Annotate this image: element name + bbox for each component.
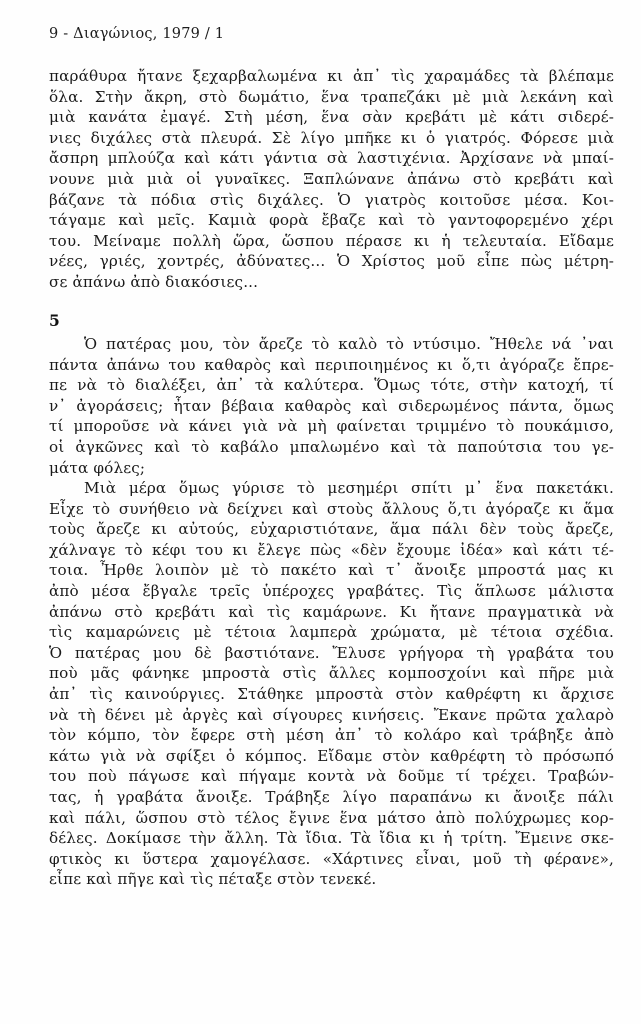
running-head: 9 - Διαγώνιος, 1979 / 1 (49, 26, 224, 42)
text-line: ὅλα. Στὴν ἄκρη, στὸ δωμάτιο, ἕνα τραπεζά… (49, 87, 614, 108)
text-line: ἀπὸ μέσα ἔβγαλε τρεῖς ὑπέροχες γραβάτες.… (49, 581, 614, 602)
text-line: πάντα ἀπάνω του καθαρὸς καὶ περιποιημένο… (49, 355, 614, 376)
text-line: Μιὰ μέρα ὅμως γύρισε τὸ μεσημέρι σπίτι μ… (49, 478, 614, 499)
text-line: οἱ ἀγκῶνες καὶ τὸ καβάλο μπαλωμένο καὶ τ… (49, 437, 614, 458)
text-line: νὰ τὴ δένει μὲ ἀργὲς καὶ σίγουρες κινήσε… (49, 705, 614, 726)
text-line: ἀπάνω στὸ κρεβάτι καὶ τὶς καμάρωνε. Κι ἤ… (49, 602, 614, 623)
text-line: χάλναγε τὸ κέφι του κι ἔλεγε πὼς «δὲν ἔχ… (49, 540, 614, 561)
text-line: κάτω γιὰ νὰ σφίξει ὁ κόμπος. Εἴδαμε στὸν… (49, 746, 614, 767)
text-line: εἶπε καὶ πῆγε καὶ τὶς πέταξε στὸν τενεκέ… (49, 869, 614, 890)
section-4-continuation-paragraph: παράθυρα ἤτανε ξεχαρβαλωμένα κι ἀπ᾽ τὶς … (49, 66, 614, 293)
text-line: τας, ἡ γραβάτα ἄνοιξε. Τράβηξε λίγο παρα… (49, 787, 614, 808)
text-line: Εἶχε τὸ συνήθειο νὰ δείχνει καὶ στοὺς ἄλ… (49, 499, 614, 520)
text-line: μάτα φόλες; (49, 458, 614, 479)
text-line: ν᾽ ἀγοράσεις; ἦταν βέβαια καθαρὸς καὶ σι… (49, 396, 614, 417)
text-line: δέλες. Δοκίμασε τὴν ἄλλη. Τὰ ἴδια. Τὰ ἴδ… (49, 828, 614, 849)
text-line: Ὁ πατέρας μου δὲ βαστιότανε. Ἔλυσε γρήγο… (49, 643, 614, 664)
text-line: τὶς καμαρώνεις μὲ τέτοια λαμπερὰ χρώματα… (49, 622, 614, 643)
text-line: μιὰ κανάτα ἐμαγέ. Στὴ μέση, ἕνα σὰν κρεβ… (49, 107, 614, 128)
text-line: ποὺ μᾶς φάνηκε μπροστὰ στὶς ἄλλες κομποσ… (49, 663, 614, 684)
text-line: τὸν κόμπο, τὸν ἔφερε στὴ μέση ἀπ᾽ τὸ κολ… (49, 725, 614, 746)
text-line: Ὁ πατέρας μου, τὸν ἄρεζε τὸ καλὸ τὸ ντύσ… (49, 334, 614, 355)
text-line: πε νὰ τὸ διαλέξει, ἀπ᾽ τὰ καλύτερα. Ὅμως… (49, 375, 614, 396)
text-line: βάζανε τὰ πόδια στὶς διχάλες. Ὁ γιατρὸς … (49, 190, 614, 211)
section-5-paragraph-1: Ὁ πατέρας μου, τὸν ἄρεζε τὸ καλὸ τὸ ντύσ… (49, 334, 614, 478)
text-line: τάγαμε καὶ μεῖς. Καμιὰ φορὰ ἔβαζε καὶ τὸ… (49, 210, 614, 231)
scanned-book-page: 9 - Διαγώνιος, 1979 / 1 παράθυρα ἤτανε ξ… (0, 0, 641, 1024)
text-line: του. Μείναμε πολλὴ ὥρα, ὥσπου πέρασε κι … (49, 231, 614, 252)
text-line: νουνε μιὰ μιὰ οἱ γυναῖκες. Ξαπλώνανε ἀπά… (49, 169, 614, 190)
text-line: φτικὸς κι ὕστερα χαμογέλασε. «Χάρτινες ε… (49, 849, 614, 870)
text-line: παράθυρα ἤτανε ξεχαρβαλωμένα κι ἀπ᾽ τὶς … (49, 66, 614, 87)
text-line: νιες διχάλες στὰ πλευρά. Σὲ λίγο μπῆκε κ… (49, 128, 614, 149)
section-number: 5 (49, 311, 60, 330)
text-line: του ποὺ πάγωσε καὶ πήγαμε κοντὰ νὰ δοῦμε… (49, 766, 614, 787)
section-5-paragraph-2: Μιὰ μέρα ὅμως γύρισε τὸ μεσημέρι σπίτι μ… (49, 478, 614, 890)
text-line: νέες, γριές, χοντρές, ἀδύνατες... Ὁ Χρίσ… (49, 251, 614, 272)
text-line: ἀπ᾽ τὶς καινούργιες. Στάθηκε μπροστὰ στὸ… (49, 684, 614, 705)
text-line: καὶ πάλι, ὥσπου στὸ τέλος ἔγινε ἕνα μάτσ… (49, 808, 614, 829)
text-line: ἄσπρη μπλούζα καὶ κάτι γάντια σὰ λαστιχέ… (49, 148, 614, 169)
text-line: τί μποροῦσε νὰ κάνει γιὰ νὰ μὴ φαίνεται … (49, 416, 614, 437)
text-line: τοὺς ἄρεζε κι αὐτούς, εὐχαριστιότανε, ἅμ… (49, 519, 614, 540)
text-line: τοια. Ἦρθε λοιπὸν μὲ τὸ πακέτο καὶ τ᾽ ἄν… (49, 560, 614, 581)
text-line: σε ἀπάνω ἀπὸ διακόσιες... (49, 272, 614, 293)
